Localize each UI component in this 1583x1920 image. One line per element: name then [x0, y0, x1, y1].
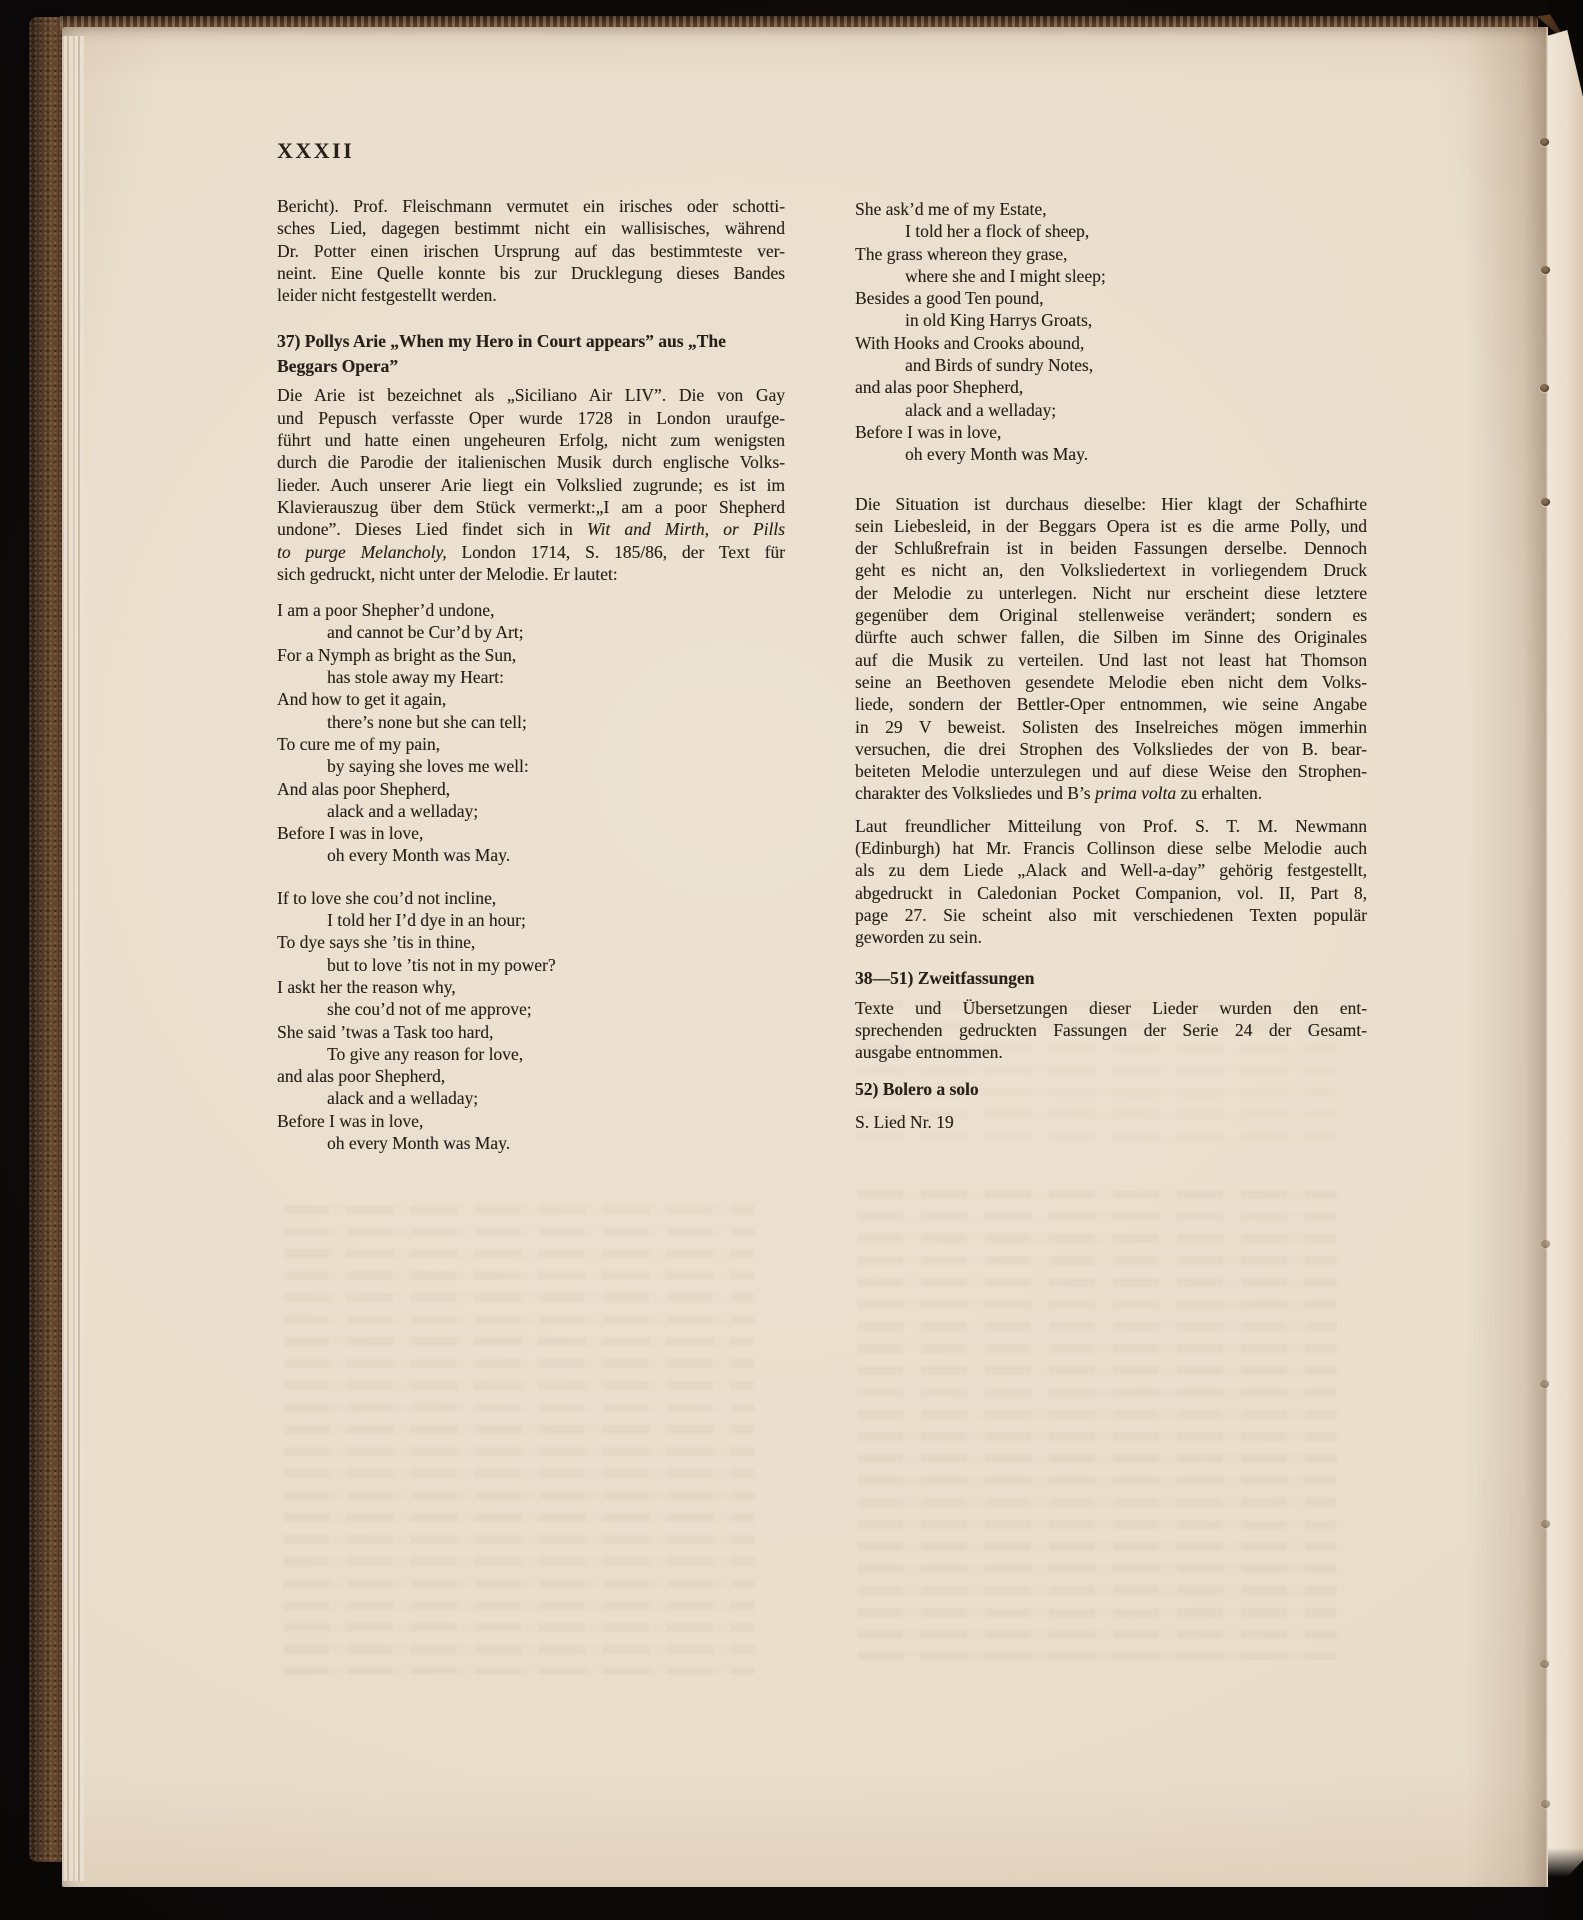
text-line: sches Lied, dagegen bestimmt nicht ein w… [277, 217, 785, 239]
text-line: seine an Beethoven gesendete Melodie ebe… [855, 671, 1367, 693]
page-number: XXXII [277, 138, 354, 164]
text-line: beiteten Melodie unterzulegen und auf di… [855, 760, 1367, 782]
text-line: geworden zu sein. [855, 926, 1367, 948]
verso-bleedthrough-right [857, 1190, 1337, 1660]
text-line: Texte und Übersetzungen dieser Lieder wu… [855, 997, 1367, 1019]
text-line: abgedruckt in Caledonian Pocket Companio… [855, 882, 1367, 904]
poem-line: I told her a flock of sheep, [855, 220, 1367, 242]
section-37-heading: 37) Pollys Arie „When my Hero in Court a… [277, 329, 785, 379]
poem-line: where she and I might sleep; [855, 265, 1367, 287]
verso-bleedthrough-left [283, 1205, 755, 1675]
lied-reference: S. Lied Nr. 19 [855, 1111, 1367, 1133]
section-52-heading: 52) Bolero a solo [855, 1077, 1367, 1102]
poem-line: in old King Harrys Groats, [855, 309, 1367, 331]
gutter-bottom-shadow [1548, 1848, 1583, 1920]
text-line: Klavierauszug über dem Stück vermerkt:„I… [277, 496, 785, 518]
text-line: neint. Eine Quelle konnte bis zur Druckl… [277, 262, 785, 284]
poem-line: The grass whereon they grase, [855, 243, 1367, 265]
text-line: versuchen, die drei Strophen des Volksli… [855, 738, 1367, 760]
heading-line: Beggars Opera” [277, 354, 785, 379]
text-line: sich gedruckt, nicht unter der Melodie. … [277, 563, 785, 585]
poem-line: has stole away my Heart: [277, 666, 785, 688]
text-line: gegenüber dem Original stellenweise verä… [855, 604, 1367, 626]
text-line: Dr. Potter einen irischen Ursprung auf d… [277, 240, 785, 262]
section-38-51-heading: 38—51) Zweitfassungen [855, 966, 1367, 991]
text-line: durch die Parodie der italienischen Musi… [277, 451, 785, 473]
poem-stanza-3: She ask’d me of my Estate,I told her a f… [855, 198, 1367, 466]
poem-line: To give any reason for love, [277, 1043, 785, 1065]
text-line: ausgabe entnommen. [855, 1041, 1367, 1063]
text-line: sprechenden gedruckten Fassungen der Ser… [855, 1019, 1367, 1041]
book-cover-left-edge [29, 17, 65, 1862]
poem-line: I askt her the reason why, [277, 976, 785, 998]
text-line: liede, sondern der Bettler-Oper entnomme… [855, 693, 1367, 715]
page-edge-stack [62, 36, 84, 1881]
poem-stanza-1: I am a poor Shepher’d undone,and cannot … [277, 599, 785, 867]
poem-line: And how to get it again, [277, 688, 785, 710]
poem-line: If to love she cou’d not incline, [277, 887, 785, 909]
poem-line: Before I was in love, [855, 421, 1367, 443]
photo-backdrop: XXXII Bericht). Prof. Fleischmann vermut… [0, 0, 1583, 1920]
poem-line: she cou’d not of me approve; [277, 998, 785, 1020]
gutter-fold-shadow [1466, 27, 1548, 1887]
poem-line: alack and a welladay; [277, 1087, 785, 1109]
poem-line: and Birds of sundry Notes, [855, 354, 1367, 376]
next-page-strip [1548, 30, 1583, 1890]
heading-line: 37) Pollys Arie „When my Hero in Court a… [277, 329, 785, 354]
poem-line: Before I was in love, [277, 1110, 785, 1132]
poem-line: To dye says she ’tis in thine, [277, 931, 785, 953]
paragraph-newmann: Laut freundlicher Mitteilung von Prof. S… [855, 815, 1367, 949]
text-line: in 29 V beweist. Solisten des Inselreich… [855, 716, 1367, 738]
poem-line: oh every Month was May. [855, 443, 1367, 465]
paragraph-bericht: Bericht). Prof. Fleischmann vermutet ein… [277, 195, 785, 306]
poem-stanza-2: If to love she cou’d not incline,I told … [277, 887, 785, 1155]
poem-line: And alas poor Shepherd, [277, 778, 785, 800]
text-line: Die Arie ist bezeichnet als „Siciliano A… [277, 384, 785, 406]
poem-line: Besides a good Ten pound, [855, 287, 1367, 309]
text-line: sein Liebesleid, in der Beggars Opera is… [855, 515, 1367, 537]
poem-line: She ask’d me of my Estate, [855, 198, 1367, 220]
poem-line: Before I was in love, [277, 822, 785, 844]
paragraph-die-arie: Die Arie ist bezeichnet als „Siciliano A… [277, 384, 785, 585]
poem-line: oh every Month was May. [277, 1132, 785, 1154]
poem-line: To cure me of my pain, [277, 733, 785, 755]
text-line: Bericht). Prof. Fleischmann vermutet ein… [277, 195, 785, 217]
poem-line: I told her I’d dye in an hour; [277, 909, 785, 931]
text-line: als zu dem Liede „Alack and Well-a-day” … [855, 859, 1367, 881]
text-line: Laut freundlicher Mitteilung von Prof. S… [855, 815, 1367, 837]
poem-line: oh every Month was May. [277, 844, 785, 866]
poem-line: and alas poor Shepherd, [855, 376, 1367, 398]
poem-line: With Hooks and Crooks abound, [855, 332, 1367, 354]
left-column: Bericht). Prof. Fleischmann vermutet ein… [277, 195, 785, 1154]
poem-line: alack and a welladay; [277, 800, 785, 822]
poem-line: I am a poor Shepher’d undone, [277, 599, 785, 621]
poem-line: by saying she loves me well: [277, 755, 785, 777]
text-line: führt und hatte einen ungeheuren Erfolg,… [277, 429, 785, 451]
text-line: Die Situation ist durchaus dieselbe: Hie… [855, 493, 1367, 515]
text-line: to purge Melancholy, London 1714, S. 185… [277, 541, 785, 563]
text-line: charakter des Volksliedes und B’s prima … [855, 782, 1367, 804]
text-line: leider nicht festgestellt werden. [277, 284, 785, 306]
poem-line: and alas poor Shepherd, [277, 1065, 785, 1087]
text-line: und Pepusch verfasste Oper wurde 1728 in… [277, 407, 785, 429]
paragraph-die-situation: Die Situation ist durchaus dieselbe: Hie… [855, 493, 1367, 805]
poem-line: For a Nymph as bright as the Sun, [277, 644, 785, 666]
text-line: lieder. Auch unserer Arie liegt ein Volk… [277, 474, 785, 496]
poem-line: She said ’twas a Task too hard, [277, 1021, 785, 1043]
text-line: auf die Musik zu verteilen. Und last not… [855, 649, 1367, 671]
poem-line: there’s none but she can tell; [277, 711, 785, 733]
text-line: der Melodie zu unterlegen. Nicht nur ers… [855, 582, 1367, 604]
poem-line: but to love ’tis not in my power? [277, 954, 785, 976]
text-line: dürfte auch schwer fallen, die Silben im… [855, 626, 1367, 648]
poem-line: alack and a welladay; [855, 399, 1367, 421]
text-line: der Schlußrefrain ist in beiden Fassunge… [855, 537, 1367, 559]
text-line: undone”. Dieses Lied findet sich in Wit … [277, 518, 785, 540]
text-line: page 27. Sie scheint also mit verschiede… [855, 904, 1367, 926]
paragraph-zweitfassungen: Texte und Übersetzungen dieser Lieder wu… [855, 997, 1367, 1064]
text-line: geht es nicht an, den Volksliedertext in… [855, 559, 1367, 581]
poem-line: and cannot be Cur’d by Art; [277, 621, 785, 643]
text-line: (Edinburgh) hat Mr. Francis Collinson di… [855, 837, 1367, 859]
right-column: She ask’d me of my Estate,I told her a f… [855, 198, 1367, 1134]
